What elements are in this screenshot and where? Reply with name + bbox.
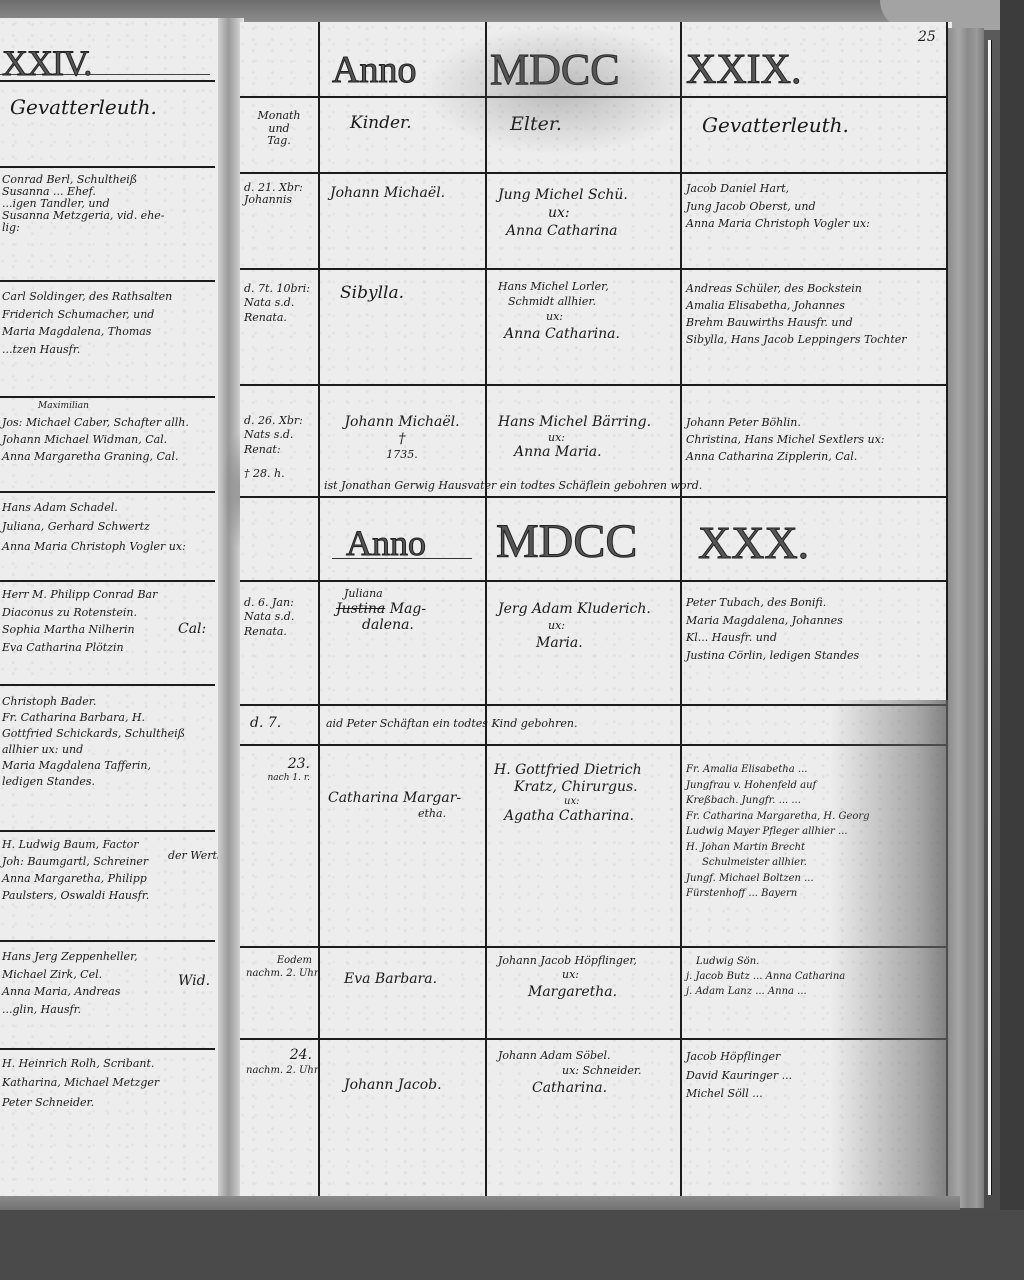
left-entry-7: H. Ludwig Baum, Factor Joh: Baumgartl, S… <box>2 836 149 904</box>
row2-date: d. 7t. 10bri: Nata s.d. Renata. <box>244 282 310 325</box>
row8-date: 24. nachm. 2. Uhr <box>246 1046 312 1077</box>
row7-child: Eva Barbara. <box>344 972 437 987</box>
row2-child: Sibylla. <box>340 284 404 303</box>
row-rule <box>0 684 215 686</box>
title-anno: Anno <box>332 48 416 92</box>
row3-note: ist Jonathan Gerwig Hausvater ein todtes… <box>324 480 702 492</box>
row-rule <box>240 268 948 270</box>
row2-godparents: Andreas Schüler, des Bockstein Amalia El… <box>686 280 907 348</box>
row3-godparents: Johann Peter Böhlin. Christina, Hans Mic… <box>686 414 885 465</box>
row-rule <box>240 384 948 386</box>
left-page: XXIV. Gevatterleuth. Conrad Berl, Schult… <box>0 18 222 1203</box>
row-rule <box>0 580 215 582</box>
left-entry-5: Herr M. Philipp Conrad Bar Diaconus zu R… <box>2 586 157 656</box>
divider-anno: Anno <box>346 522 426 564</box>
scanner-right-strip <box>1000 0 1024 1280</box>
scanner-bottom <box>0 1210 1024 1280</box>
left-header-year-fragment: XXIV. <box>2 42 91 84</box>
left-entry-9: H. Heinrich Rolh, Scribant. Katharina, M… <box>2 1054 159 1112</box>
row4-godparents: Peter Tubach, des Bonifi. Maria Magdalen… <box>686 594 859 664</box>
left-entry-8-bracket-note: Wid. <box>178 974 210 989</box>
row-rule <box>0 830 215 832</box>
page-number: 25 <box>918 30 936 45</box>
row-rule <box>240 580 948 582</box>
column-rule-date <box>318 22 320 1202</box>
left-entry-4: Hans Adam Schadel. Juliana, Gerhard Schw… <box>2 498 186 556</box>
header-rule <box>0 80 215 82</box>
row1-child: Johann Michaël. <box>330 186 445 201</box>
row6-date: 23. nach 1. r. <box>250 756 310 784</box>
header-date: Monath und Tag. <box>244 110 314 148</box>
right-page: Anno MDCC XXIX. 25 Monath und Tag. Kinde… <box>240 22 952 1202</box>
left-entry-8: Hans Jerg Zeppenheller, Michael Zirk, Ce… <box>2 948 138 1018</box>
row-rule <box>0 1048 215 1050</box>
row-rule <box>240 704 948 706</box>
row-rule <box>0 491 215 493</box>
left-entry-2: Carl Soldinger, des Rathsalten Friderich… <box>2 288 172 358</box>
left-column-header: Gevatterleuth. <box>10 96 157 118</box>
divider-numeral-xxx: XXX. <box>698 516 809 569</box>
row4-parents: Jerg Adam Kluderich. ux: Maria. <box>498 600 651 653</box>
row-rule <box>0 280 215 282</box>
column-rule-parents <box>680 22 682 1202</box>
row1-parents: Jung Michel Schü. ux: Anna Catharina <box>498 186 628 241</box>
header-rule <box>240 172 948 174</box>
row-rule <box>0 940 215 942</box>
row1-godparents: Jacob Daniel Hart, Jung Jacob Oberst, un… <box>686 180 870 233</box>
page-edge-highlight <box>988 40 992 1195</box>
title-numeral-mdcc: MDCC <box>490 44 620 95</box>
row2-parents: Hans Michel Lorler, Schmidt allhier. ux:… <box>498 280 620 343</box>
row6-godparents: Fr. Amalia Elisabetha ... Jungfrau v. Ho… <box>686 762 870 902</box>
header-parents: Elter. <box>510 114 562 135</box>
row-rule <box>0 396 215 398</box>
left-entry-1: Conrad Berl, Schultheiß Susanna ... Ehef… <box>2 174 165 234</box>
row4-child: Juliana Justina Mag- dalena. <box>336 588 426 633</box>
row-rule <box>240 946 948 948</box>
header-children: Kinder. <box>350 114 412 133</box>
row5-date: d. 7. <box>250 716 281 731</box>
row-rule <box>240 496 948 498</box>
row7-parents: Johann Jacob Höpflinger, ux: Margaretha. <box>498 954 637 1001</box>
row7-godparents: Ludwig Sön. j. Jacob Butz ... Anna Catha… <box>686 954 845 999</box>
row1-date: d. 21. Xbr: Johannis <box>244 182 303 206</box>
struck-name: Justina <box>336 601 385 617</box>
row7-date: Eodem nachm. 2. Uhr <box>246 954 312 980</box>
row-rule <box>0 166 215 168</box>
row8-godparents: Jacob Höpflinger David Kauringer ... Mic… <box>686 1048 792 1104</box>
row3-parents: Hans Michel Bärring. ux: Anna Maria. <box>498 414 651 461</box>
row3-date: d. 26. Xbr: Nats s.d. Renat: † 28. h. <box>244 414 303 481</box>
row5-note: aid Peter Schäftan ein todtes Kind geboh… <box>326 718 577 730</box>
row-rule <box>240 1038 948 1040</box>
row6-parents: H. Gottfried Dietrich Kratz, Chirurgus. … <box>494 762 642 824</box>
header-godparents: Gevatterleuth. <box>702 114 849 136</box>
row3-child: Johann Michaël. † 1735. <box>332 414 472 461</box>
row6-child: Catharina Margar- etha. <box>328 790 461 820</box>
left-entry-6: Christoph Bader. Fr. Catharina Barbara, … <box>2 694 185 790</box>
title-numeral-xxix: XXIX. <box>686 46 801 94</box>
page-edge-stack <box>948 28 984 1208</box>
row8-parents: Johann Adam Söbel. ux: Schneider. Cathar… <box>498 1048 641 1098</box>
title-rule <box>240 96 948 98</box>
left-entry-5-bracket-note: Cal: <box>178 622 206 637</box>
column-rule-children <box>485 22 487 1202</box>
row8-child: Johann Jacob. <box>344 1078 442 1093</box>
row-rule <box>240 744 948 746</box>
left-entry-3: Maximilian Jos: Michael Caber, Schafter … <box>2 400 189 465</box>
divider-numeral-mdcc: MDCC <box>496 514 637 569</box>
row4-date: d. 6. Jan: Nata s.d. Renata. <box>244 596 294 639</box>
